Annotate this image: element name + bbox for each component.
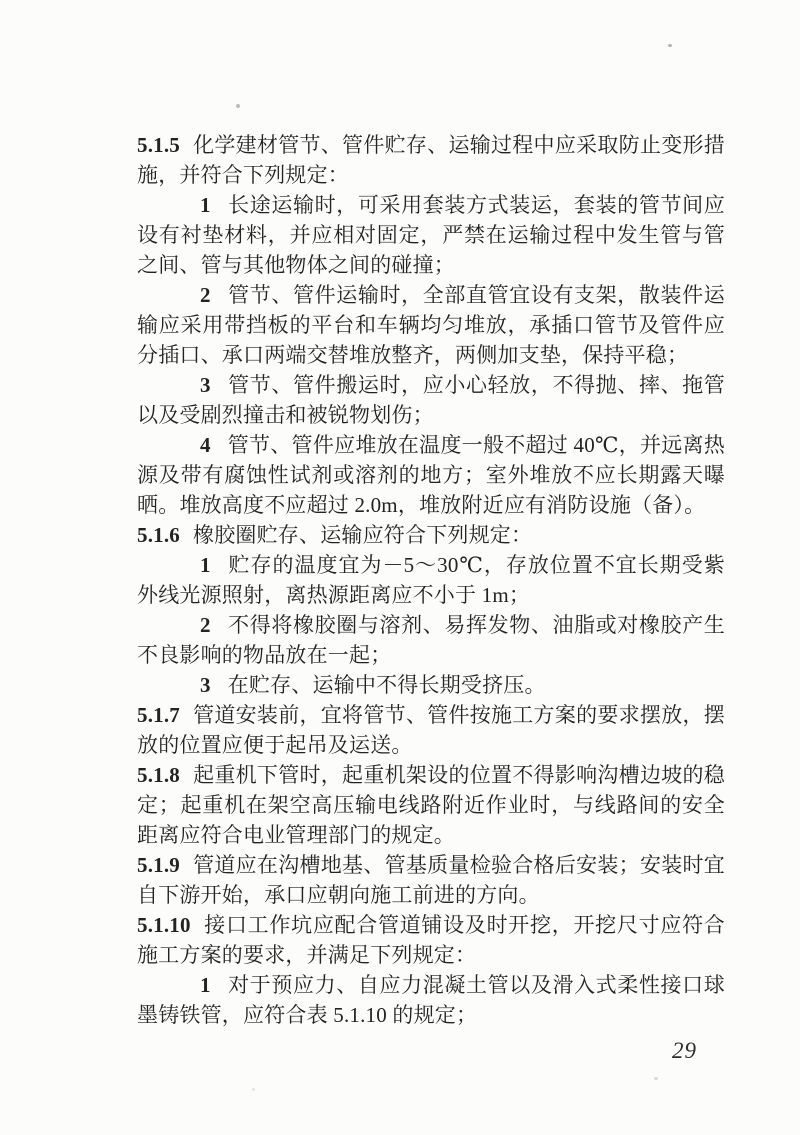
- paragraph-5.1.9: 5.1.9管道应在沟槽地基、管基质量检验合格后安装；安装时宜自下游开始，承口应朝…: [137, 850, 725, 910]
- paragraph-item: 3管节、管件搬运时，应小心轻放，不得抛、摔、拖管以及受剧烈撞击和被锐物划伤；: [137, 370, 725, 430]
- paragraph-text: 对于预应力、自应力混凝土管以及滑入式柔性接口球墨铸铁管，应符合表 5.1.10 …: [137, 973, 725, 1027]
- paragraph-number: 5.1.6: [137, 523, 180, 547]
- paragraph-5.1.7: 5.1.7管道安装前，宜将管节、管件按施工方案的要求摆放，摆放的位置应便于起吊及…: [137, 700, 725, 760]
- paragraph-5.1.10: 5.1.10接口工作坑应配合管道铺设及时开挖，开挖尺寸应符合施工方案的要求，并满…: [137, 910, 725, 970]
- paragraph-number: 2: [200, 283, 211, 307]
- paragraph-number: 5.1.10: [137, 913, 191, 937]
- paragraph-item: 3在贮存、运输中不得长期受挤压。: [137, 670, 725, 700]
- document-page: 5.1.5化学建材管节、管件贮存、运输过程中应采取防止变形措施，并符合下列规定：…: [0, 0, 800, 1135]
- paragraph-number: 1: [200, 973, 211, 997]
- paragraph-5.1.6: 5.1.6橡胶圈贮存、运输应符合下列规定：: [137, 520, 725, 550]
- page-number: 29: [672, 1038, 697, 1064]
- paragraph-5.1.8: 5.1.8起重机下管时，起重机架设的位置不得影响沟槽边坡的稳定；起重机在架空高压…: [137, 760, 725, 850]
- paragraph-5.1.5: 5.1.5化学建材管节、管件贮存、运输过程中应采取防止变形措施，并符合下列规定：: [137, 130, 725, 190]
- paragraph-text: 管节、管件运输时，全部直管宜设有支架，散装件运输应采用带挡板的平台和车辆均匀堆放…: [137, 283, 725, 367]
- paragraph-number: 1: [200, 193, 211, 217]
- scan-speck: [668, 44, 672, 47]
- paragraph-text: 管道安装前，宜将管节、管件按施工方案的要求摆放，摆放的位置应便于起吊及运送。: [137, 703, 725, 757]
- paragraph-number: 5.1.5: [137, 133, 180, 157]
- paragraph-text: 化学建材管节、管件贮存、运输过程中应采取防止变形措施，并符合下列规定：: [137, 133, 725, 187]
- paragraph-item: 2管节、管件运输时，全部直管宜设有支架，散装件运输应采用带挡板的平台和车辆均匀堆…: [137, 280, 725, 370]
- paragraph-text: 管节、管件应堆放在温度一般不超过 40℃，并远离热源及带有腐蚀性试剂或溶剂的地方…: [137, 433, 725, 517]
- paragraph-text: 不得将橡胶圈与溶剂、易挥发物、油脂或对橡胶产生不良影响的物品放在一起；: [137, 613, 725, 667]
- paragraph-item: 4管节、管件应堆放在温度一般不超过 40℃，并远离热源及带有腐蚀性试剂或溶剂的地…: [137, 430, 725, 520]
- paragraph-text: 接口工作坑应配合管道铺设及时开挖，开挖尺寸应符合施工方案的要求，并满足下列规定：: [137, 913, 725, 967]
- paragraph-text: 贮存的温度宜为－5～30℃，存放位置不宜长期受紫外线光源照射，离热源距离应不小于…: [137, 553, 725, 607]
- document-body: 5.1.5化学建材管节、管件贮存、运输过程中应采取防止变形措施，并符合下列规定：…: [137, 130, 725, 1030]
- paragraph-number: 5.1.7: [137, 703, 180, 727]
- scan-speck: [654, 1077, 658, 1080]
- paragraph-text: 长途运输时，可采用套装方式装运，套装的管节间应设有衬垫材料，并应相对固定，严禁在…: [137, 193, 725, 277]
- paragraph-number: 3: [200, 673, 211, 697]
- paragraph-number: 5.1.8: [137, 763, 180, 787]
- paragraph-item: 1贮存的温度宜为－5～30℃，存放位置不宜长期受紫外线光源照射，离热源距离应不小…: [137, 550, 725, 610]
- paragraph-text: 起重机下管时，起重机架设的位置不得影响沟槽边坡的稳定；起重机在架空高压输电线路附…: [137, 763, 725, 847]
- scan-speck: [252, 1088, 255, 1091]
- paragraph-item: 1对于预应力、自应力混凝土管以及滑入式柔性接口球墨铸铁管，应符合表 5.1.10…: [137, 970, 725, 1030]
- paragraph-text: 橡胶圈贮存、运输应符合下列规定：: [193, 523, 532, 547]
- scan-speck: [236, 104, 240, 108]
- paragraph-text: 管节、管件搬运时，应小心轻放，不得抛、摔、拖管以及受剧烈撞击和被锐物划伤；: [137, 373, 725, 427]
- paragraph-number: 2: [200, 613, 211, 637]
- paragraph-number: 5.1.9: [137, 853, 180, 877]
- paragraph-number: 1: [200, 553, 211, 577]
- paragraph-text: 在贮存、运输中不得长期受挤压。: [228, 673, 546, 697]
- paragraph-number: 3: [200, 373, 211, 397]
- paragraph-number: 4: [200, 433, 211, 457]
- paragraph-text: 管道应在沟槽地基、管基质量检验合格后安装；安装时宜自下游开始，承口应朝向施工前进…: [137, 853, 725, 907]
- paragraph-item: 1长途运输时，可采用套装方式装运，套装的管节间应设有衬垫材料，并应相对固定，严禁…: [137, 190, 725, 280]
- paragraph-item: 2不得将橡胶圈与溶剂、易挥发物、油脂或对橡胶产生不良影响的物品放在一起；: [137, 610, 725, 670]
